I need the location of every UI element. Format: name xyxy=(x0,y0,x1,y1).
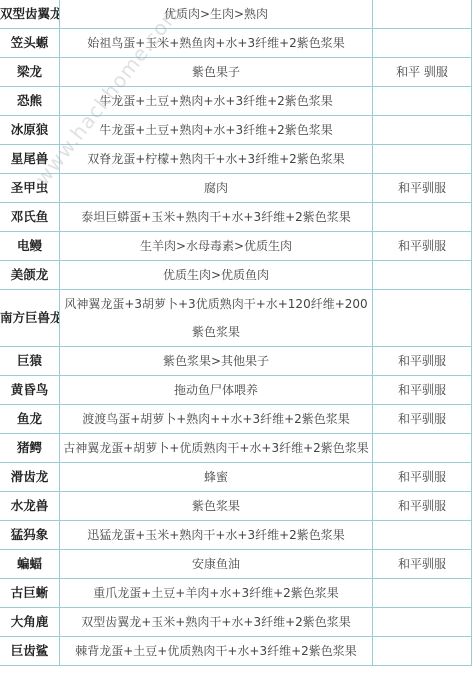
creature-name-cell: 古巨蜥 xyxy=(0,579,60,608)
creature-name-cell: 南方巨兽龙 xyxy=(0,290,60,347)
creature-name-cell: 大角鹿 xyxy=(0,608,60,637)
table-row: 冰原狼牛龙蛋+土豆+熟肉+水+3纤维+2紫色浆果 xyxy=(0,116,472,145)
creature-name-cell: 梁龙 xyxy=(0,58,60,87)
creature-name-cell: 邓氏鱼 xyxy=(0,203,60,232)
feed-recipe-cell: 古神翼龙蛋+胡萝卜+优质熟肉干+水+3纤维+2紫色浆果 xyxy=(60,434,373,463)
tame-method-cell xyxy=(373,261,472,290)
feed-recipe-cell: 优质生肉>优质鱼肉 xyxy=(60,261,373,290)
creature-name-cell: 笠头螈 xyxy=(0,29,60,58)
creature-name-cell: 蝙蝠 xyxy=(0,550,60,579)
tame-method-cell: 和平驯服 xyxy=(373,492,472,521)
feed-recipe-cell: 双型齿翼龙+玉米+熟肉干+水+3纤维+2紫色浆果 xyxy=(60,608,373,637)
feed-recipe-cell: 安康鱼油 xyxy=(60,550,373,579)
creature-name-cell: 美颌龙 xyxy=(0,261,60,290)
tame-method-cell xyxy=(373,116,472,145)
table-row: 鱼龙渡渡鸟蛋+胡萝卜+熟肉++水+3纤维+2紫色浆果和平驯服 xyxy=(0,405,472,434)
feed-recipe-cell: 生羊肉>水母毒素>优质生肉 xyxy=(60,232,373,261)
tame-method-cell: 和平驯服 xyxy=(373,347,472,376)
feed-recipe-cell: 紫色浆果>其他果子 xyxy=(60,347,373,376)
tame-method-cell: 和平 驯服 xyxy=(373,58,472,87)
creature-name-cell: 猪鳄 xyxy=(0,434,60,463)
table-row: 美颌龙优质生肉>优质鱼肉 xyxy=(0,261,472,290)
table-row: 巨齿鲨棘背龙蛋+土豆+优质熟肉干+水+3纤维+2紫色浆果 xyxy=(0,637,472,666)
tame-method-cell xyxy=(373,608,472,637)
feed-recipe-cell: 拖动鱼尸体喂养 xyxy=(60,376,373,405)
tame-method-cell xyxy=(373,145,472,174)
tame-method-cell: 和平驯服 xyxy=(373,550,472,579)
table-row: 邓氏鱼泰坦巨蟒蛋+玉米+熟肉干+水+3纤维+2紫色浆果 xyxy=(0,203,472,232)
tame-method-cell xyxy=(373,87,472,116)
creature-name-cell: 鱼龙 xyxy=(0,405,60,434)
feed-recipe-cell: 渡渡鸟蛋+胡萝卜+熟肉++水+3纤维+2紫色浆果 xyxy=(60,405,373,434)
tame-method-cell xyxy=(373,579,472,608)
table-row: 黄昏鸟拖动鱼尸体喂养和平驯服 xyxy=(0,376,472,405)
tame-method-cell: 和平驯服 xyxy=(373,463,472,492)
table-row: 大角鹿双型齿翼龙+玉米+熟肉干+水+3纤维+2紫色浆果 xyxy=(0,608,472,637)
tame-method-cell xyxy=(373,29,472,58)
table-row: 圣甲虫腐肉和平驯服 xyxy=(0,174,472,203)
feed-recipe-cell: 始祖鸟蛋+玉米+熟鱼肉+水+3纤维+2紫色浆果 xyxy=(60,29,373,58)
creature-name-cell: 恐熊 xyxy=(0,87,60,116)
creature-name-cell: 双型齿翼龙 xyxy=(0,0,60,29)
feed-recipe-cell: 泰坦巨蟒蛋+玉米+熟肉干+水+3纤维+2紫色浆果 xyxy=(60,203,373,232)
creature-name-cell: 巨齿鲨 xyxy=(0,637,60,666)
tame-method-cell xyxy=(373,203,472,232)
table-row: 梁龙紫色果子和平 驯服 xyxy=(0,58,472,87)
feed-recipe-cell: 棘背龙蛋+土豆+优质熟肉干+水+3纤维+2紫色浆果 xyxy=(60,637,373,666)
feed-recipe-cell: 风神翼龙蛋+3胡萝卜+3优质熟肉干+水+120纤维+200紫色浆果 xyxy=(60,290,373,347)
tame-method-cell xyxy=(373,290,472,347)
table-row: 猪鳄古神翼龙蛋+胡萝卜+优质熟肉干+水+3纤维+2紫色浆果 xyxy=(0,434,472,463)
table-row: 古巨蜥重爪龙蛋+土豆+羊肉+水+3纤维+2紫色浆果 xyxy=(0,579,472,608)
feed-recipe-cell: 牛龙蛋+土豆+熟肉+水+3纤维+2紫色浆果 xyxy=(60,116,373,145)
creature-name-cell: 猛犸象 xyxy=(0,521,60,550)
tame-method-cell xyxy=(373,0,472,29)
table-row: 笠头螈始祖鸟蛋+玉米+熟鱼肉+水+3纤维+2紫色浆果 xyxy=(0,29,472,58)
table-row: 水龙兽紫色浆果和平驯服 xyxy=(0,492,472,521)
table-row: 星尾兽双脊龙蛋+柠檬+熟肉干+水+3纤维+2紫色浆果 xyxy=(0,145,472,174)
feed-recipe-cell: 腐肉 xyxy=(60,174,373,203)
creature-name-cell: 滑齿龙 xyxy=(0,463,60,492)
creature-name-cell: 电鳗 xyxy=(0,232,60,261)
table-row: 南方巨兽龙风神翼龙蛋+3胡萝卜+3优质熟肉干+水+120纤维+200紫色浆果 xyxy=(0,290,472,347)
feed-recipe-cell: 优质肉>生肉>熟肉 xyxy=(60,0,373,29)
creature-name-cell: 星尾兽 xyxy=(0,145,60,174)
creature-name-cell: 水龙兽 xyxy=(0,492,60,521)
taming-feed-table: 双型齿翼龙优质肉>生肉>熟肉笠头螈始祖鸟蛋+玉米+熟鱼肉+水+3纤维+2紫色浆果… xyxy=(0,0,472,666)
feed-recipe-cell: 迅猛龙蛋+玉米+熟肉干+水+3纤维+2紫色浆果 xyxy=(60,521,373,550)
tame-method-cell: 和平驯服 xyxy=(373,405,472,434)
feed-recipe-cell: 重爪龙蛋+土豆+羊肉+水+3纤维+2紫色浆果 xyxy=(60,579,373,608)
table-row: 滑齿龙蜂蜜和平驯服 xyxy=(0,463,472,492)
creature-name-cell: 圣甲虫 xyxy=(0,174,60,203)
feed-recipe-cell: 紫色果子 xyxy=(60,58,373,87)
tame-method-cell: 和平驯服 xyxy=(373,232,472,261)
table-row: 猛犸象迅猛龙蛋+玉米+熟肉干+水+3纤维+2紫色浆果 xyxy=(0,521,472,550)
creature-name-cell: 巨猿 xyxy=(0,347,60,376)
feed-recipe-cell: 紫色浆果 xyxy=(60,492,373,521)
tame-method-cell: 和平驯服 xyxy=(373,376,472,405)
table-row: 巨猿紫色浆果>其他果子和平驯服 xyxy=(0,347,472,376)
creature-name-cell: 冰原狼 xyxy=(0,116,60,145)
tame-method-cell xyxy=(373,521,472,550)
feed-recipe-cell: 双脊龙蛋+柠檬+熟肉干+水+3纤维+2紫色浆果 xyxy=(60,145,373,174)
feed-recipe-cell: 牛龙蛋+土豆+熟肉+水+3纤维+2紫色浆果 xyxy=(60,87,373,116)
table-row: 蝙蝠安康鱼油和平驯服 xyxy=(0,550,472,579)
table-row: 电鳗生羊肉>水母毒素>优质生肉和平驯服 xyxy=(0,232,472,261)
creature-name-cell: 黄昏鸟 xyxy=(0,376,60,405)
table-row: 双型齿翼龙优质肉>生肉>熟肉 xyxy=(0,0,472,29)
tame-method-cell: 和平驯服 xyxy=(373,174,472,203)
table-row: 恐熊牛龙蛋+土豆+熟肉+水+3纤维+2紫色浆果 xyxy=(0,87,472,116)
feed-recipe-cell: 蜂蜜 xyxy=(60,463,373,492)
table-body: 双型齿翼龙优质肉>生肉>熟肉笠头螈始祖鸟蛋+玉米+熟鱼肉+水+3纤维+2紫色浆果… xyxy=(0,0,472,666)
tame-method-cell xyxy=(373,434,472,463)
tame-method-cell xyxy=(373,637,472,666)
